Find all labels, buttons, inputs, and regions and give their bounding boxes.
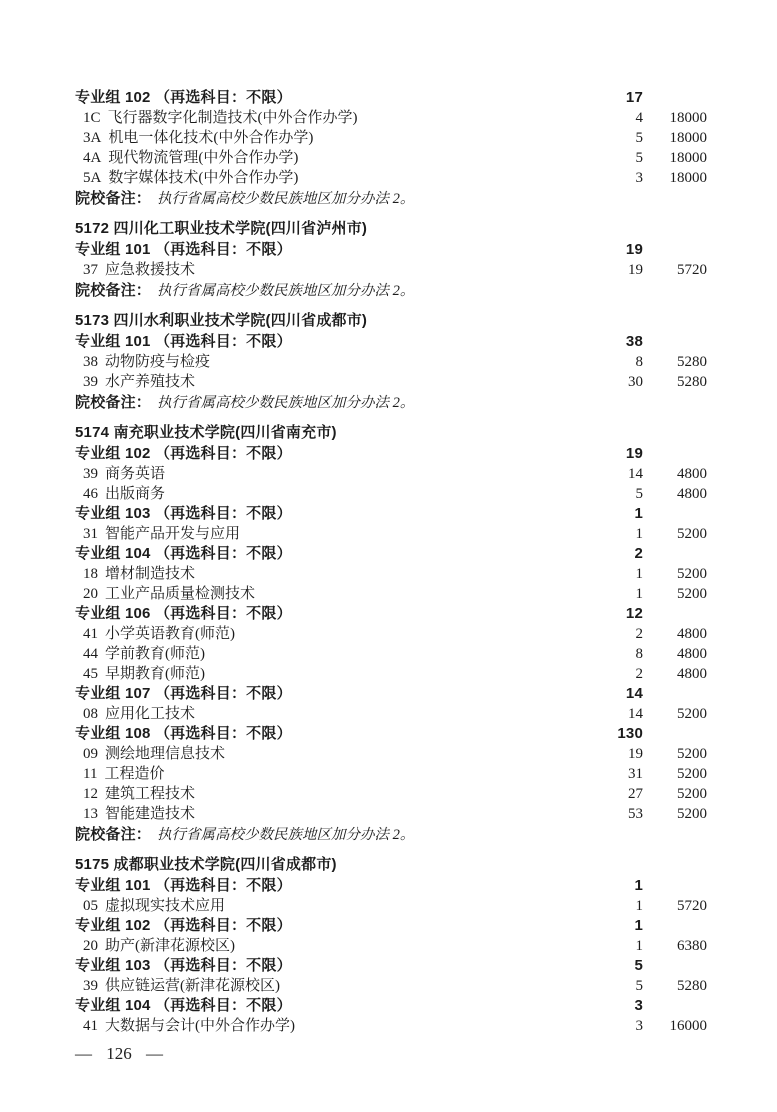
school-name: 5173 四川水利职业技术学院(四川省成都市) (75, 310, 707, 332)
major-code: 12 (83, 784, 98, 804)
major-group-label: 专业组 103 （再选科目：不限） (75, 956, 585, 976)
major-group-header-row: 专业组 101 （再选科目：不限）19 (75, 240, 707, 260)
major-group-label: 专业组 101 （再选科目：不限） (75, 240, 585, 260)
major-code: 08 (83, 704, 98, 724)
major-name: 机电一体化技术(中外合作办学) (108, 130, 313, 146)
major-name: 虚拟现实技术应用 (105, 898, 225, 914)
major-name-cell: 20工业产品质量检测技术 (75, 584, 585, 604)
remark-label: 院校备注： (75, 188, 151, 209)
major-name-cell: 38动物防疫与检疫 (75, 352, 585, 372)
major-plan-count: 2 (585, 664, 643, 684)
major-code: 4A (83, 148, 101, 168)
major-plan-count: 3 (585, 1016, 643, 1036)
major-row: 31智能产品开发与应用15200 (75, 524, 707, 544)
major-group-header-row: 专业组 102 （再选科目：不限）19 (75, 444, 707, 464)
major-code: 37 (83, 260, 98, 280)
major-code: 11 (83, 764, 97, 784)
major-plan-count: 19 (585, 744, 643, 764)
major-code: 46 (83, 484, 98, 504)
major-row: 41小学英语教育(师范)24800 (75, 624, 707, 644)
major-code: 45 (83, 664, 98, 684)
major-tuition-fee: 5200 (643, 564, 707, 584)
major-plan-count: 5 (585, 976, 643, 996)
major-name: 应急救援技术 (105, 262, 195, 278)
major-row: 3A机电一体化技术(中外合作办学)518000 (75, 128, 707, 148)
major-plan-count: 19 (585, 260, 643, 280)
major-plan-count: 5 (585, 148, 643, 168)
major-tuition-fee: 18000 (643, 168, 707, 188)
major-tuition-fee: 18000 (643, 148, 707, 168)
major-name: 工业产品质量检测技术 (105, 586, 255, 602)
group-plan-count: 1 (585, 504, 643, 524)
major-group-label: 专业组 107 （再选科目：不限） (75, 684, 585, 704)
major-name: 出版商务 (105, 486, 165, 502)
major-tuition-fee: 18000 (643, 108, 707, 128)
major-group-header-row: 专业组 107 （再选科目：不限）14 (75, 684, 707, 704)
major-name: 助产(新津花源校区) (105, 938, 235, 954)
major-group-header-row: 专业组 103 （再选科目：不限）5 (75, 956, 707, 976)
major-name-cell: 41大数据与会计(中外合作办学) (75, 1016, 585, 1036)
group-plan-count: 19 (585, 444, 643, 464)
major-row: 45早期教育(师范)24800 (75, 664, 707, 684)
group-plan-count: 2 (585, 544, 643, 564)
major-code: 41 (83, 1016, 98, 1036)
major-plan-count: 5 (585, 484, 643, 504)
major-name-cell: 39供应链运营(新津花源校区) (75, 976, 585, 996)
major-tuition-fee: 5200 (643, 524, 707, 544)
major-code: 39 (83, 464, 98, 484)
group-plan-count: 1 (585, 916, 643, 936)
major-tuition-fee: 5200 (643, 744, 707, 764)
major-code: 5A (83, 168, 101, 188)
school-remark-row: 院校备注：执行省属高校少数民族地区加分办法 2。 (75, 392, 707, 413)
major-tuition-fee: 5200 (643, 764, 707, 784)
major-plan-count: 1 (585, 896, 643, 916)
major-group-label: 专业组 104 （再选科目：不限） (75, 544, 585, 564)
school-remark-row: 院校备注：执行省属高校少数民族地区加分办法 2。 (75, 824, 707, 845)
major-tuition-fee: 4800 (643, 624, 707, 644)
major-group-header-row: 专业组 104 （再选科目：不限）2 (75, 544, 707, 564)
major-plan-count: 1 (585, 584, 643, 604)
major-name-cell: 13智能建造技术 (75, 804, 585, 824)
major-name-cell: 08应用化工技术 (75, 704, 585, 724)
major-name-cell: 37应急救援技术 (75, 260, 585, 280)
remark-label: 院校备注： (75, 824, 151, 845)
document-page: 专业组 102 （再选科目：不限）171C飞行器数字化制造技术(中外合作办学)4… (0, 0, 777, 1112)
major-name-cell: 4A现代物流管理(中外合作办学) (75, 148, 585, 168)
major-tuition-fee: 5200 (643, 784, 707, 804)
major-plan-count: 31 (585, 764, 643, 784)
major-name-cell: 18增材制造技术 (75, 564, 585, 584)
remark-text: 执行省属高校少数民族地区加分办法 2。 (157, 189, 414, 210)
major-group-label: 专业组 108 （再选科目：不限） (75, 724, 585, 744)
major-code: 20 (83, 584, 98, 604)
major-row: 44学前教育(师范)84800 (75, 644, 707, 664)
major-group-label: 专业组 102 （再选科目：不限） (75, 88, 585, 108)
major-name-cell: 11工程造价 (75, 764, 585, 784)
group-plan-count: 130 (585, 724, 643, 744)
group-plan-count: 12 (585, 604, 643, 624)
major-tuition-fee: 4800 (643, 644, 707, 664)
major-name: 工程造价 (104, 766, 164, 782)
major-plan-count: 14 (585, 464, 643, 484)
major-name-cell: 46出版商务 (75, 484, 585, 504)
major-code: 13 (83, 804, 98, 824)
group-plan-count: 19 (585, 240, 643, 260)
major-group-label: 专业组 102 （再选科目：不限） (75, 444, 585, 464)
major-tuition-fee: 16000 (643, 1016, 707, 1036)
major-plan-count: 3 (585, 168, 643, 188)
major-name: 智能产品开发与应用 (105, 526, 240, 542)
major-name: 供应链运营(新津花源校区) (105, 978, 280, 994)
remark-text: 执行省属高校少数民族地区加分办法 2。 (157, 393, 414, 414)
group-plan-count: 5 (585, 956, 643, 976)
school-header-row: 5173 四川水利职业技术学院(四川省成都市) (75, 310, 707, 332)
major-row: 20工业产品质量检测技术15200 (75, 584, 707, 604)
major-row: 39商务英语144800 (75, 464, 707, 484)
school-header-row: 5172 四川化工职业技术学院(四川省泸州市) (75, 218, 707, 240)
group-plan-count: 1 (585, 876, 643, 896)
major-name: 增材制造技术 (105, 566, 195, 582)
major-code: 20 (83, 936, 98, 956)
major-tuition-fee: 5200 (643, 704, 707, 724)
major-name: 现代物流管理(中外合作办学) (108, 150, 298, 166)
major-name-cell: 12建筑工程技术 (75, 784, 585, 804)
major-tuition-fee: 4800 (643, 464, 707, 484)
major-code: 1C (83, 108, 101, 128)
major-name: 商务英语 (105, 466, 165, 482)
major-name-cell: 09测绘地理信息技术 (75, 744, 585, 764)
major-row: 37应急救援技术195720 (75, 260, 707, 280)
major-row: 1C飞行器数字化制造技术(中外合作办学)418000 (75, 108, 707, 128)
admission-plan-list: 专业组 102 （再选科目：不限）171C飞行器数字化制造技术(中外合作办学)4… (75, 88, 707, 1036)
major-code: 31 (83, 524, 98, 544)
major-row: 09测绘地理信息技术195200 (75, 744, 707, 764)
major-name: 飞行器数字化制造技术(中外合作办学) (108, 110, 358, 126)
major-code: 41 (83, 624, 98, 644)
major-group-label: 专业组 102 （再选科目：不限） (75, 916, 585, 936)
major-code: 39 (83, 372, 98, 392)
major-code: 44 (83, 644, 98, 664)
page-number: — 126 — (75, 1044, 163, 1064)
major-name-cell: 5A数字媒体技术(中外合作办学) (75, 168, 585, 188)
major-name: 数字媒体技术(中外合作办学) (108, 170, 298, 186)
group-plan-count: 38 (585, 332, 643, 352)
major-plan-count: 8 (585, 352, 643, 372)
major-name-cell: 45早期教育(师范) (75, 664, 585, 684)
major-row: 39水产养殖技术305280 (75, 372, 707, 392)
major-tuition-fee: 5280 (643, 352, 707, 372)
major-name: 测绘地理信息技术 (105, 746, 225, 762)
major-name-cell: 44学前教育(师范) (75, 644, 585, 664)
major-tuition-fee: 5280 (643, 976, 707, 996)
major-name: 小学英语教育(师范) (105, 626, 235, 642)
remark-label: 院校备注： (75, 280, 151, 301)
major-tuition-fee: 5200 (643, 584, 707, 604)
remark-text: 执行省属高校少数民族地区加分办法 2。 (157, 281, 414, 302)
major-plan-count: 2 (585, 624, 643, 644)
major-row: 12建筑工程技术275200 (75, 784, 707, 804)
major-group-header-row: 专业组 108 （再选科目：不限）130 (75, 724, 707, 744)
major-code: 05 (83, 896, 98, 916)
major-group-label: 专业组 106 （再选科目：不限） (75, 604, 585, 624)
major-row: 4A现代物流管理(中外合作办学)518000 (75, 148, 707, 168)
major-row: 38动物防疫与检疫85280 (75, 352, 707, 372)
major-group-header-row: 专业组 102 （再选科目：不限）17 (75, 88, 707, 108)
major-row: 46出版商务54800 (75, 484, 707, 504)
major-row: 05虚拟现实技术应用15720 (75, 896, 707, 916)
major-group-header-row: 专业组 102 （再选科目：不限）1 (75, 916, 707, 936)
major-plan-count: 53 (585, 804, 643, 824)
major-group-label: 专业组 101 （再选科目：不限） (75, 876, 585, 896)
major-tuition-fee: 5280 (643, 372, 707, 392)
major-group-header-row: 专业组 106 （再选科目：不限）12 (75, 604, 707, 624)
remark-text: 执行省属高校少数民族地区加分办法 2。 (157, 825, 414, 846)
major-name: 应用化工技术 (105, 706, 195, 722)
major-name: 大数据与会计(中外合作办学) (105, 1018, 295, 1034)
major-row: 11工程造价315200 (75, 764, 707, 784)
major-tuition-fee: 4800 (643, 484, 707, 504)
major-plan-count: 8 (585, 644, 643, 664)
major-name: 建筑工程技术 (105, 786, 195, 802)
remark-label: 院校备注： (75, 392, 151, 413)
major-name: 学前教育(师范) (105, 646, 205, 662)
major-tuition-fee: 5200 (643, 804, 707, 824)
major-group-header-row: 专业组 103 （再选科目：不限）1 (75, 504, 707, 524)
major-name: 动物防疫与检疫 (105, 354, 210, 370)
major-tuition-fee: 6380 (643, 936, 707, 956)
major-plan-count: 5 (585, 128, 643, 148)
school-remark-row: 院校备注：执行省属高校少数民族地区加分办法 2。 (75, 188, 707, 209)
school-header-row: 5174 南充职业技术学院(四川省南充市) (75, 422, 707, 444)
major-tuition-fee: 5720 (643, 260, 707, 280)
group-plan-count: 14 (585, 684, 643, 704)
major-group-label: 专业组 103 （再选科目：不限） (75, 504, 585, 524)
school-remark-row: 院校备注：执行省属高校少数民族地区加分办法 2。 (75, 280, 707, 301)
major-row: 13智能建造技术535200 (75, 804, 707, 824)
major-plan-count: 1 (585, 564, 643, 584)
major-code: 09 (83, 744, 98, 764)
major-name: 早期教育(师范) (105, 666, 205, 682)
major-group-header-row: 专业组 101 （再选科目：不限）1 (75, 876, 707, 896)
major-row: 39供应链运营(新津花源校区)55280 (75, 976, 707, 996)
major-name-cell: 20助产(新津花源校区) (75, 936, 585, 956)
major-group-label: 专业组 101 （再选科目：不限） (75, 332, 585, 352)
major-row: 18增材制造技术15200 (75, 564, 707, 584)
major-row: 41大数据与会计(中外合作办学)316000 (75, 1016, 707, 1036)
major-plan-count: 27 (585, 784, 643, 804)
major-plan-count: 1 (585, 524, 643, 544)
major-row: 08应用化工技术145200 (75, 704, 707, 724)
school-header-row: 5175 成都职业技术学院(四川省成都市) (75, 854, 707, 876)
major-group-label: 专业组 104 （再选科目：不限） (75, 996, 585, 1016)
major-name: 水产养殖技术 (105, 374, 195, 390)
major-name-cell: 39商务英语 (75, 464, 585, 484)
major-row: 20助产(新津花源校区)16380 (75, 936, 707, 956)
group-plan-count: 17 (585, 88, 643, 108)
major-name-cell: 05虚拟现实技术应用 (75, 896, 585, 916)
school-name: 5174 南充职业技术学院(四川省南充市) (75, 422, 707, 444)
school-name: 5172 四川化工职业技术学院(四川省泸州市) (75, 218, 707, 240)
major-name-cell: 3A机电一体化技术(中外合作办学) (75, 128, 585, 148)
major-code: 18 (83, 564, 98, 584)
major-tuition-fee: 18000 (643, 128, 707, 148)
major-name-cell: 39水产养殖技术 (75, 372, 585, 392)
major-name-cell: 1C飞行器数字化制造技术(中外合作办学) (75, 108, 585, 128)
major-tuition-fee: 5720 (643, 896, 707, 916)
major-plan-count: 14 (585, 704, 643, 724)
major-group-header-row: 专业组 101 （再选科目：不限）38 (75, 332, 707, 352)
major-plan-count: 1 (585, 936, 643, 956)
group-plan-count: 3 (585, 996, 643, 1016)
major-name: 智能建造技术 (105, 806, 195, 822)
major-group-header-row: 专业组 104 （再选科目：不限）3 (75, 996, 707, 1016)
major-code: 39 (83, 976, 98, 996)
major-code: 3A (83, 128, 101, 148)
major-tuition-fee: 4800 (643, 664, 707, 684)
major-code: 38 (83, 352, 98, 372)
major-row: 5A数字媒体技术(中外合作办学)318000 (75, 168, 707, 188)
major-name-cell: 41小学英语教育(师范) (75, 624, 585, 644)
school-name: 5175 成都职业技术学院(四川省成都市) (75, 854, 707, 876)
major-name-cell: 31智能产品开发与应用 (75, 524, 585, 544)
major-plan-count: 4 (585, 108, 643, 128)
major-plan-count: 30 (585, 372, 643, 392)
